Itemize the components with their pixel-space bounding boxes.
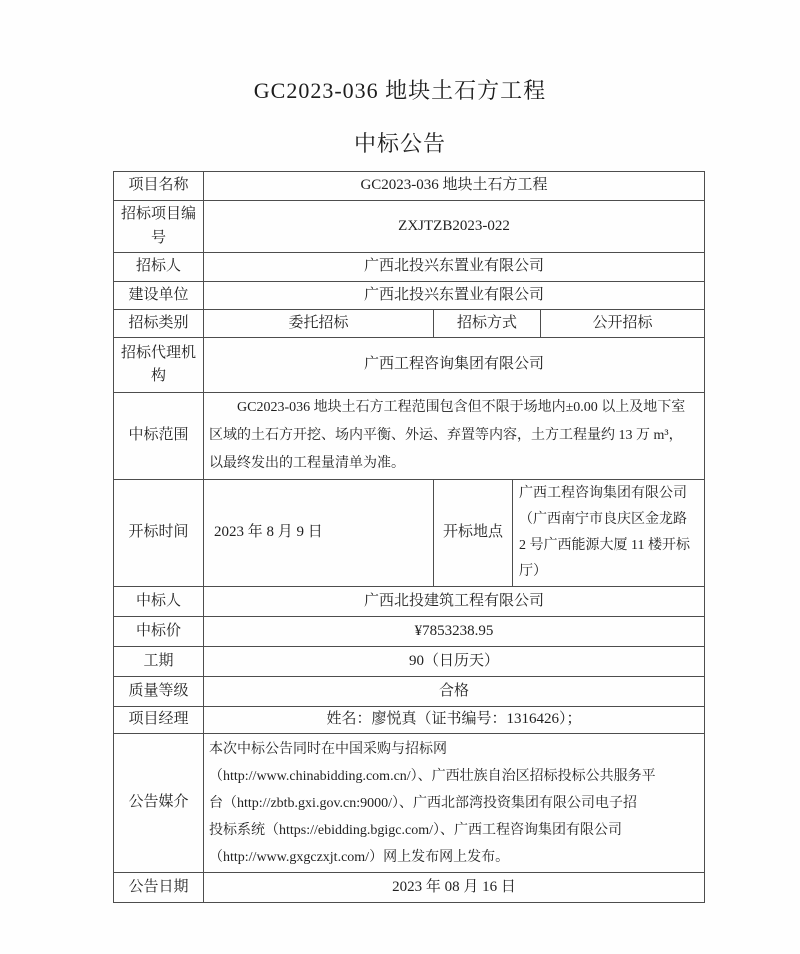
row-label: 项目经理 xyxy=(114,707,204,734)
row-value: 广西北投建筑工程有限公司 xyxy=(204,587,705,617)
row-value: 广西北投兴东置业有限公司 xyxy=(204,253,705,282)
table-row-award-scope: 中标范围 GC2023-036 地块土石方工程范围包含但不限于场地内±0.00 … xyxy=(114,393,705,480)
table-row-project-manager: 项目经理 姓名：廖悦真（证书编号：1316426）； xyxy=(114,707,705,734)
row-value: 广西工程咨询集团有限公司 xyxy=(204,338,705,393)
row-label: 质量等级 xyxy=(114,677,204,707)
table-row-tenderer: 招标人 广西北投兴东置业有限公司 xyxy=(114,253,705,282)
row-value: GC2023-036 地块土石方工程范围包含但不限于场地内±0.00 以上及地下… xyxy=(204,393,705,480)
row-label: 建设单位 xyxy=(114,282,204,310)
row-value: 合格 xyxy=(204,677,705,707)
row-label: 公告媒介 xyxy=(114,734,204,873)
table-row-announcement-media: 公告媒介 本次中标公告同时在中国采购与招标网 （http://www.china… xyxy=(114,734,705,873)
row-value: 2023 年 8 月 9 日 xyxy=(204,480,434,587)
row-value-secondary: 公开招标 xyxy=(541,310,705,338)
row-label-secondary: 招标方式 xyxy=(434,310,541,338)
row-label: 中标人 xyxy=(114,587,204,617)
row-value: 广西北投兴东置业有限公司 xyxy=(204,282,705,310)
document-title-line2: 中标公告 xyxy=(0,127,800,158)
row-value: ¥7853238.95 xyxy=(204,617,705,647)
table-row-bid-opening: 开标时间 2023 年 8 月 9 日 开标地点 广西工程咨询集团有限公司 （广… xyxy=(114,480,705,587)
table-row-construction-unit: 建设单位 广西北投兴东置业有限公司 xyxy=(114,282,705,310)
row-label-secondary: 开标地点 xyxy=(434,480,513,587)
row-value: 本次中标公告同时在中国采购与招标网 （http://www.chinabiddi… xyxy=(204,734,705,873)
row-label: 项目名称 xyxy=(114,172,204,201)
row-value: ZXJTZB2023-022 xyxy=(204,201,705,253)
announcement-table: 项目名称 GC2023-036 地块土石方工程 招标项目编号 ZXJTZB202… xyxy=(113,171,705,903)
row-value: 姓名：廖悦真（证书编号：1316426）； xyxy=(204,707,705,734)
row-label: 中标价 xyxy=(114,617,204,647)
row-value: 90（日历天） xyxy=(204,647,705,677)
table-row-quality-grade: 质量等级 合格 xyxy=(114,677,705,707)
row-label: 开标时间 xyxy=(114,480,204,587)
row-value: GC2023-036 地块土石方工程 xyxy=(204,172,705,201)
table-row-duration: 工期 90（日历天） xyxy=(114,647,705,677)
row-value: 委托招标 xyxy=(204,310,434,338)
table-row-announcement-date: 公告日期 2023 年 08 月 16 日 xyxy=(114,873,705,903)
row-label: 招标项目编号 xyxy=(114,201,204,253)
row-label: 招标类别 xyxy=(114,310,204,338)
row-label: 招标代理机构 xyxy=(114,338,204,393)
document-page: GC2023-036 地块土石方工程 中标公告 项目名称 GC2023-036 … xyxy=(0,0,800,954)
document-title-line1: GC2023-036 地块土石方工程 xyxy=(0,0,800,105)
row-value: 2023 年 08 月 16 日 xyxy=(204,873,705,903)
table-row-tender-agency: 招标代理机构 广西工程咨询集团有限公司 xyxy=(114,338,705,393)
table-row-tender-category: 招标类别 委托招标 招标方式 公开招标 xyxy=(114,310,705,338)
table-row-winning-bidder: 中标人 广西北投建筑工程有限公司 xyxy=(114,587,705,617)
row-label: 招标人 xyxy=(114,253,204,282)
table-row-project-name: 项目名称 GC2023-036 地块土石方工程 xyxy=(114,172,705,201)
row-label: 工期 xyxy=(114,647,204,677)
table-row-tender-number: 招标项目编号 ZXJTZB2023-022 xyxy=(114,201,705,253)
row-label: 中标范围 xyxy=(114,393,204,480)
row-label: 公告日期 xyxy=(114,873,204,903)
table-row-winning-price: 中标价 ¥7853238.95 xyxy=(114,617,705,647)
row-value-secondary: 广西工程咨询集团有限公司 （广西南宁市良庆区金龙路 2 号广西能源大厦 11 楼… xyxy=(513,480,705,587)
